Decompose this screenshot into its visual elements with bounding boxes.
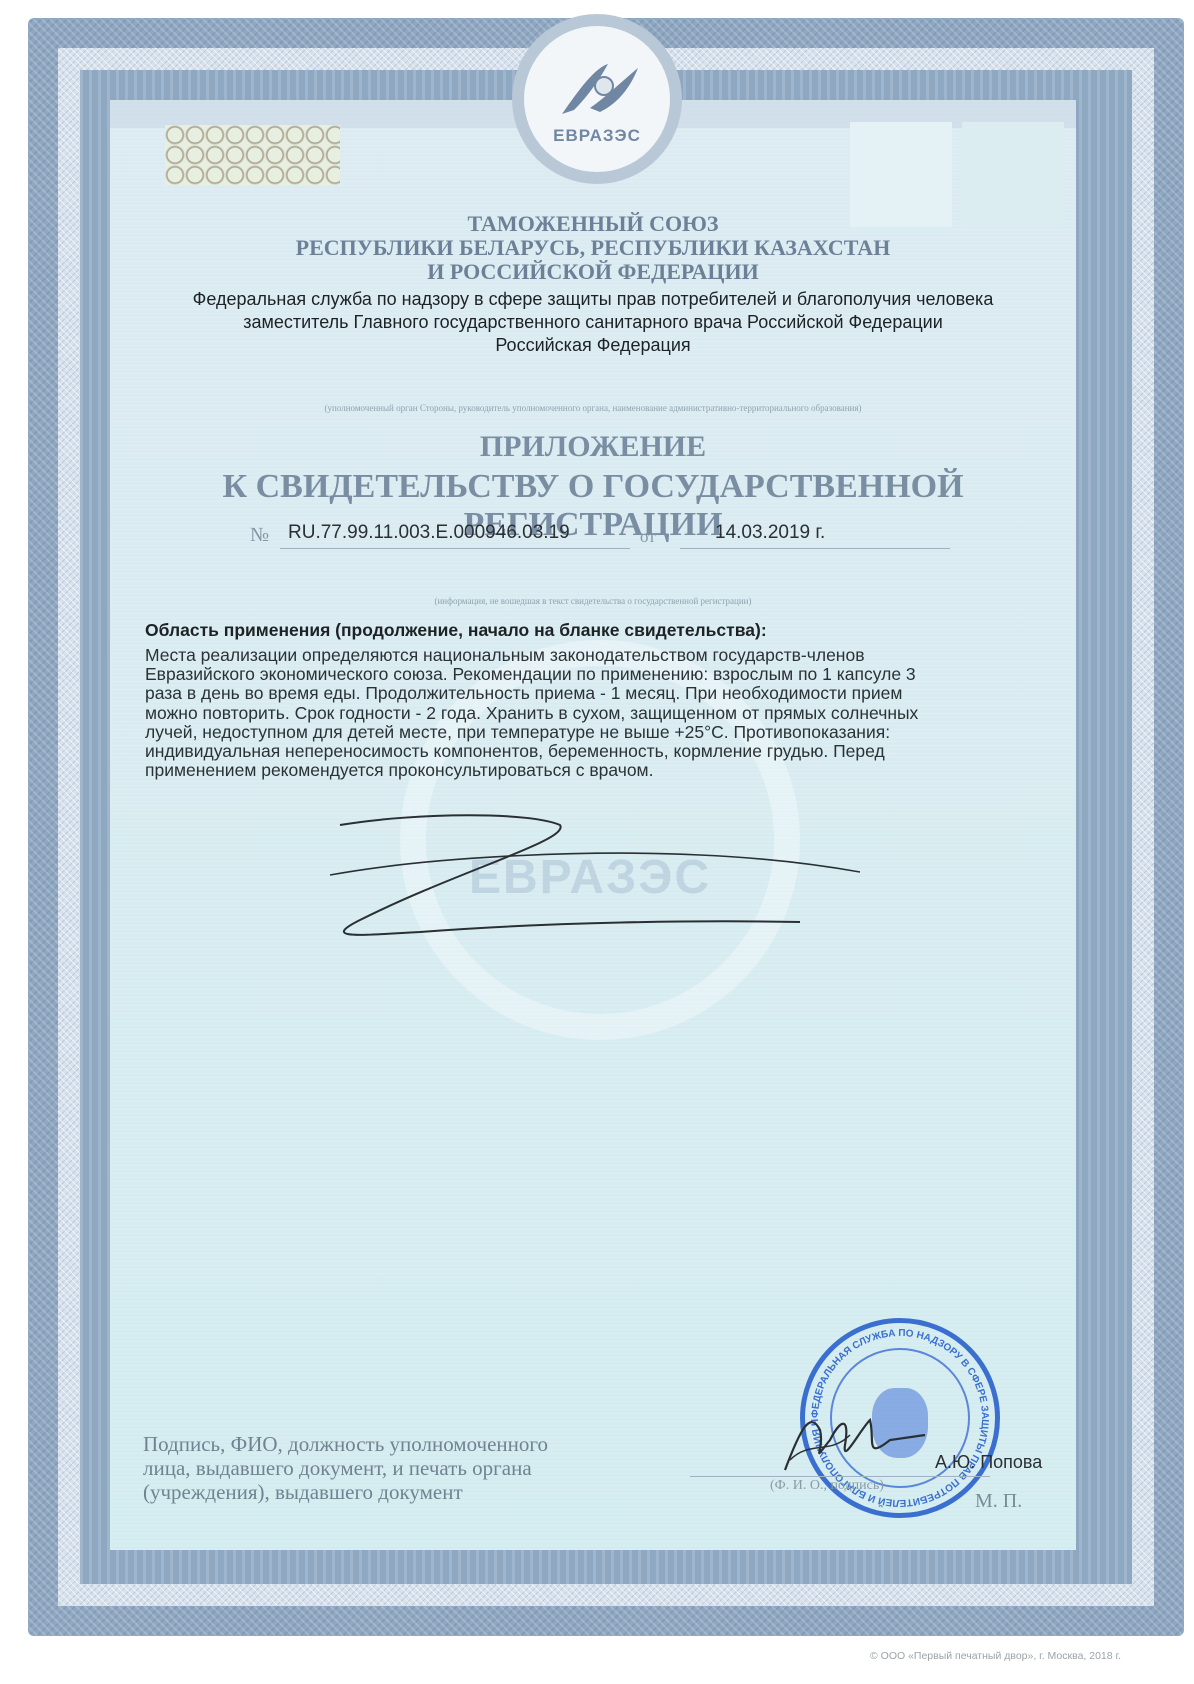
registration-date: 14.03.2019 г. bbox=[715, 522, 825, 544]
logo-text: ЕВРАЗЭС bbox=[524, 126, 670, 146]
from-label: от bbox=[640, 527, 656, 547]
registration-line: № RU.77.99.11.003.E.000946.03.19 от 14.0… bbox=[0, 522, 1194, 552]
authority-note: (уполномоченный орган Стороны, руководит… bbox=[110, 403, 1076, 413]
z-strike-mark-icon bbox=[300, 800, 860, 940]
section-body: Места реализации определяются национальн… bbox=[145, 646, 1045, 780]
eurasec-emblem-icon bbox=[560, 58, 640, 118]
signer-name: А.Ю. Попова bbox=[935, 1452, 1042, 1473]
body-line: Евразийского экономического союза. Реком… bbox=[145, 665, 1045, 684]
signer-underline bbox=[690, 1476, 990, 1477]
caption-line: лица, выдавшего документ, и печать орган… bbox=[143, 1456, 663, 1480]
header-line-2: РЕСПУБЛИКИ БЕЛАРУСЬ, РЕСПУБЛИКИ КАЗАХСТА… bbox=[110, 236, 1076, 260]
section-heading: Область применения (продолжение, начало … bbox=[145, 620, 767, 641]
number-sign: № bbox=[250, 524, 269, 547]
body-line: раза в день во время еды. Продолжительно… bbox=[145, 684, 1045, 703]
registration-number: RU.77.99.11.003.E.000946.03.19 bbox=[288, 522, 570, 544]
official-title: заместитель Главного государственного са… bbox=[110, 311, 1076, 333]
signature-caption: Подпись, ФИО, должность уполномоченного … bbox=[143, 1432, 663, 1504]
body-line: применением рекомендуется проконсультиро… bbox=[145, 761, 1045, 780]
number-underline bbox=[280, 548, 630, 549]
country: Российская Федерация bbox=[110, 334, 1076, 356]
authority-name: Федеральная служба по надзору в сфере за… bbox=[110, 288, 1076, 310]
document-title: ПРИЛОЖЕНИЕ bbox=[110, 430, 1076, 464]
caption-line: Подпись, ФИО, должность уполномоченного bbox=[143, 1432, 663, 1456]
body-line: Места реализации определяются национальн… bbox=[145, 646, 1045, 665]
handwritten-signature-icon bbox=[780, 1400, 930, 1480]
date-underline bbox=[680, 548, 950, 549]
caption-line: (учреждения), выдавшего документ bbox=[143, 1480, 663, 1504]
body-line: индивидуальная непереносимость компонент… bbox=[145, 742, 1045, 761]
hologram-icon bbox=[165, 125, 340, 185]
body-line: можно повторить. Срок годности - 2 года.… bbox=[145, 704, 1045, 723]
printer-copyright: © ООО «Первый печатный двор», г. Москва,… bbox=[870, 1650, 1121, 1662]
seal-label: М. П. bbox=[975, 1490, 1022, 1513]
header-line-1: ТАМОЖЕННЫЙ СОЮЗ bbox=[110, 212, 1076, 236]
header-line-3: И РОССИЙСКОЙ ФЕДЕРАЦИИ bbox=[110, 260, 1076, 284]
body-line: лучей, недоступном для детей месте, при … bbox=[145, 723, 1045, 742]
info-note: (информация, не вошедшая в текст свидете… bbox=[110, 596, 1076, 606]
fio-label: (Ф. И. О., подпись) bbox=[770, 1478, 884, 1494]
